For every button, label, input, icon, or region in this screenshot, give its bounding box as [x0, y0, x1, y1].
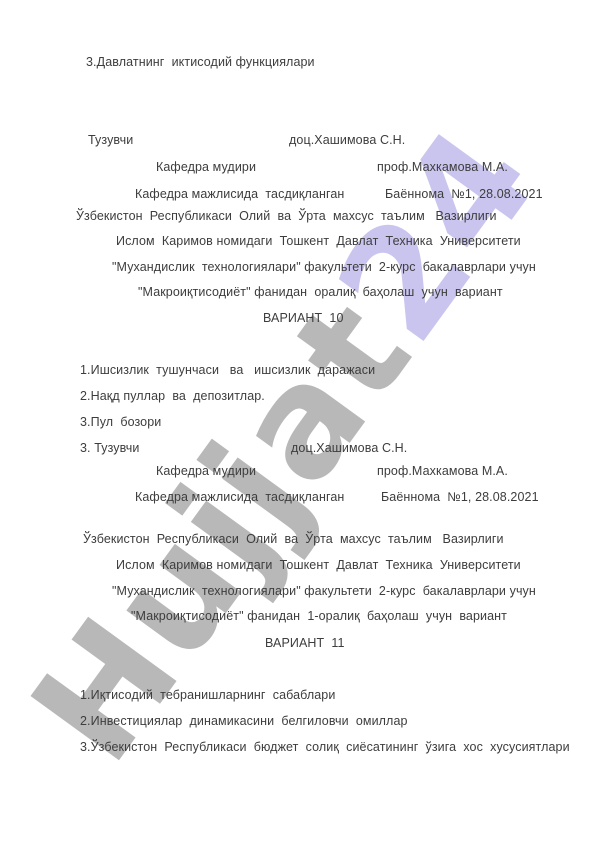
- signature-label: Кафедра мажлисида тасдиқланган: [135, 490, 344, 505]
- university-line: Ислом Каримов номидаги Тошкент Давлат Те…: [116, 558, 521, 573]
- question-item: 2.Нақд пуллар ва депозитлар.: [80, 389, 265, 404]
- faculty-line: "Мухандислик технологиялари" факультети …: [112, 260, 536, 275]
- signature-value: доц.Хашимова С.Н.: [291, 441, 407, 456]
- signature-value: Баённома №1, 28.08.2021: [385, 187, 543, 202]
- question-item: 1.Иқтисодий тебранишларнинг сабаблари: [80, 688, 335, 703]
- signature-value: проф.Махкамова М.А.: [377, 160, 508, 175]
- document-page: Hujjat24 3.Давлатнинг иктисодий функциял…: [0, 0, 596, 842]
- signature-value: проф.Махкамова М.А.: [377, 464, 508, 479]
- faculty-line: "Мухандислик технологиялари" факультети …: [112, 584, 536, 599]
- signature-label: Кафедра мудири: [156, 160, 256, 175]
- variant-title: ВАРИАНТ 10: [263, 311, 344, 326]
- question-item: 3.Ўзбекистон Республикаси бюджет солиқ с…: [80, 740, 570, 755]
- ministry-line: Ўзбекистон Республикаси Олий ва Ўрта мах…: [76, 209, 497, 224]
- subject-line: "Макроиқтисодиёт" фанидан 1-оралиқ баҳол…: [131, 609, 507, 624]
- question-item: 3.Давлатнинг иктисодий функциялари: [86, 55, 315, 70]
- subject-line: "Макроиқтисодиёт" фанидан оралиқ баҳолаш…: [138, 285, 503, 300]
- signature-label: Кафедра мудири: [156, 464, 256, 479]
- signature-value: доц.Хашимова С.Н.: [289, 133, 405, 148]
- variant-title: ВАРИАНТ 11: [265, 636, 345, 651]
- signature-label: Кафедра мажлисида тасдиқланган: [135, 187, 344, 202]
- question-item: 3.Пул бозори: [80, 415, 161, 430]
- signature-value: Баённома №1, 28.08.2021: [381, 490, 539, 505]
- ministry-line: Ўзбекистон Республикаси Олий ва Ўрта мах…: [83, 532, 504, 547]
- signature-label: 3. Тузувчи: [80, 441, 140, 456]
- university-line: Ислом Каримов номидаги Тошкент Давлат Те…: [116, 234, 521, 249]
- question-item: 1.Ишсизлик тушунчаси ва ишсизлик даражас…: [80, 363, 375, 378]
- signature-label: Тузувчи: [88, 133, 133, 148]
- question-item: 2.Инвестициялар динамикасини белгиловчи …: [80, 714, 408, 729]
